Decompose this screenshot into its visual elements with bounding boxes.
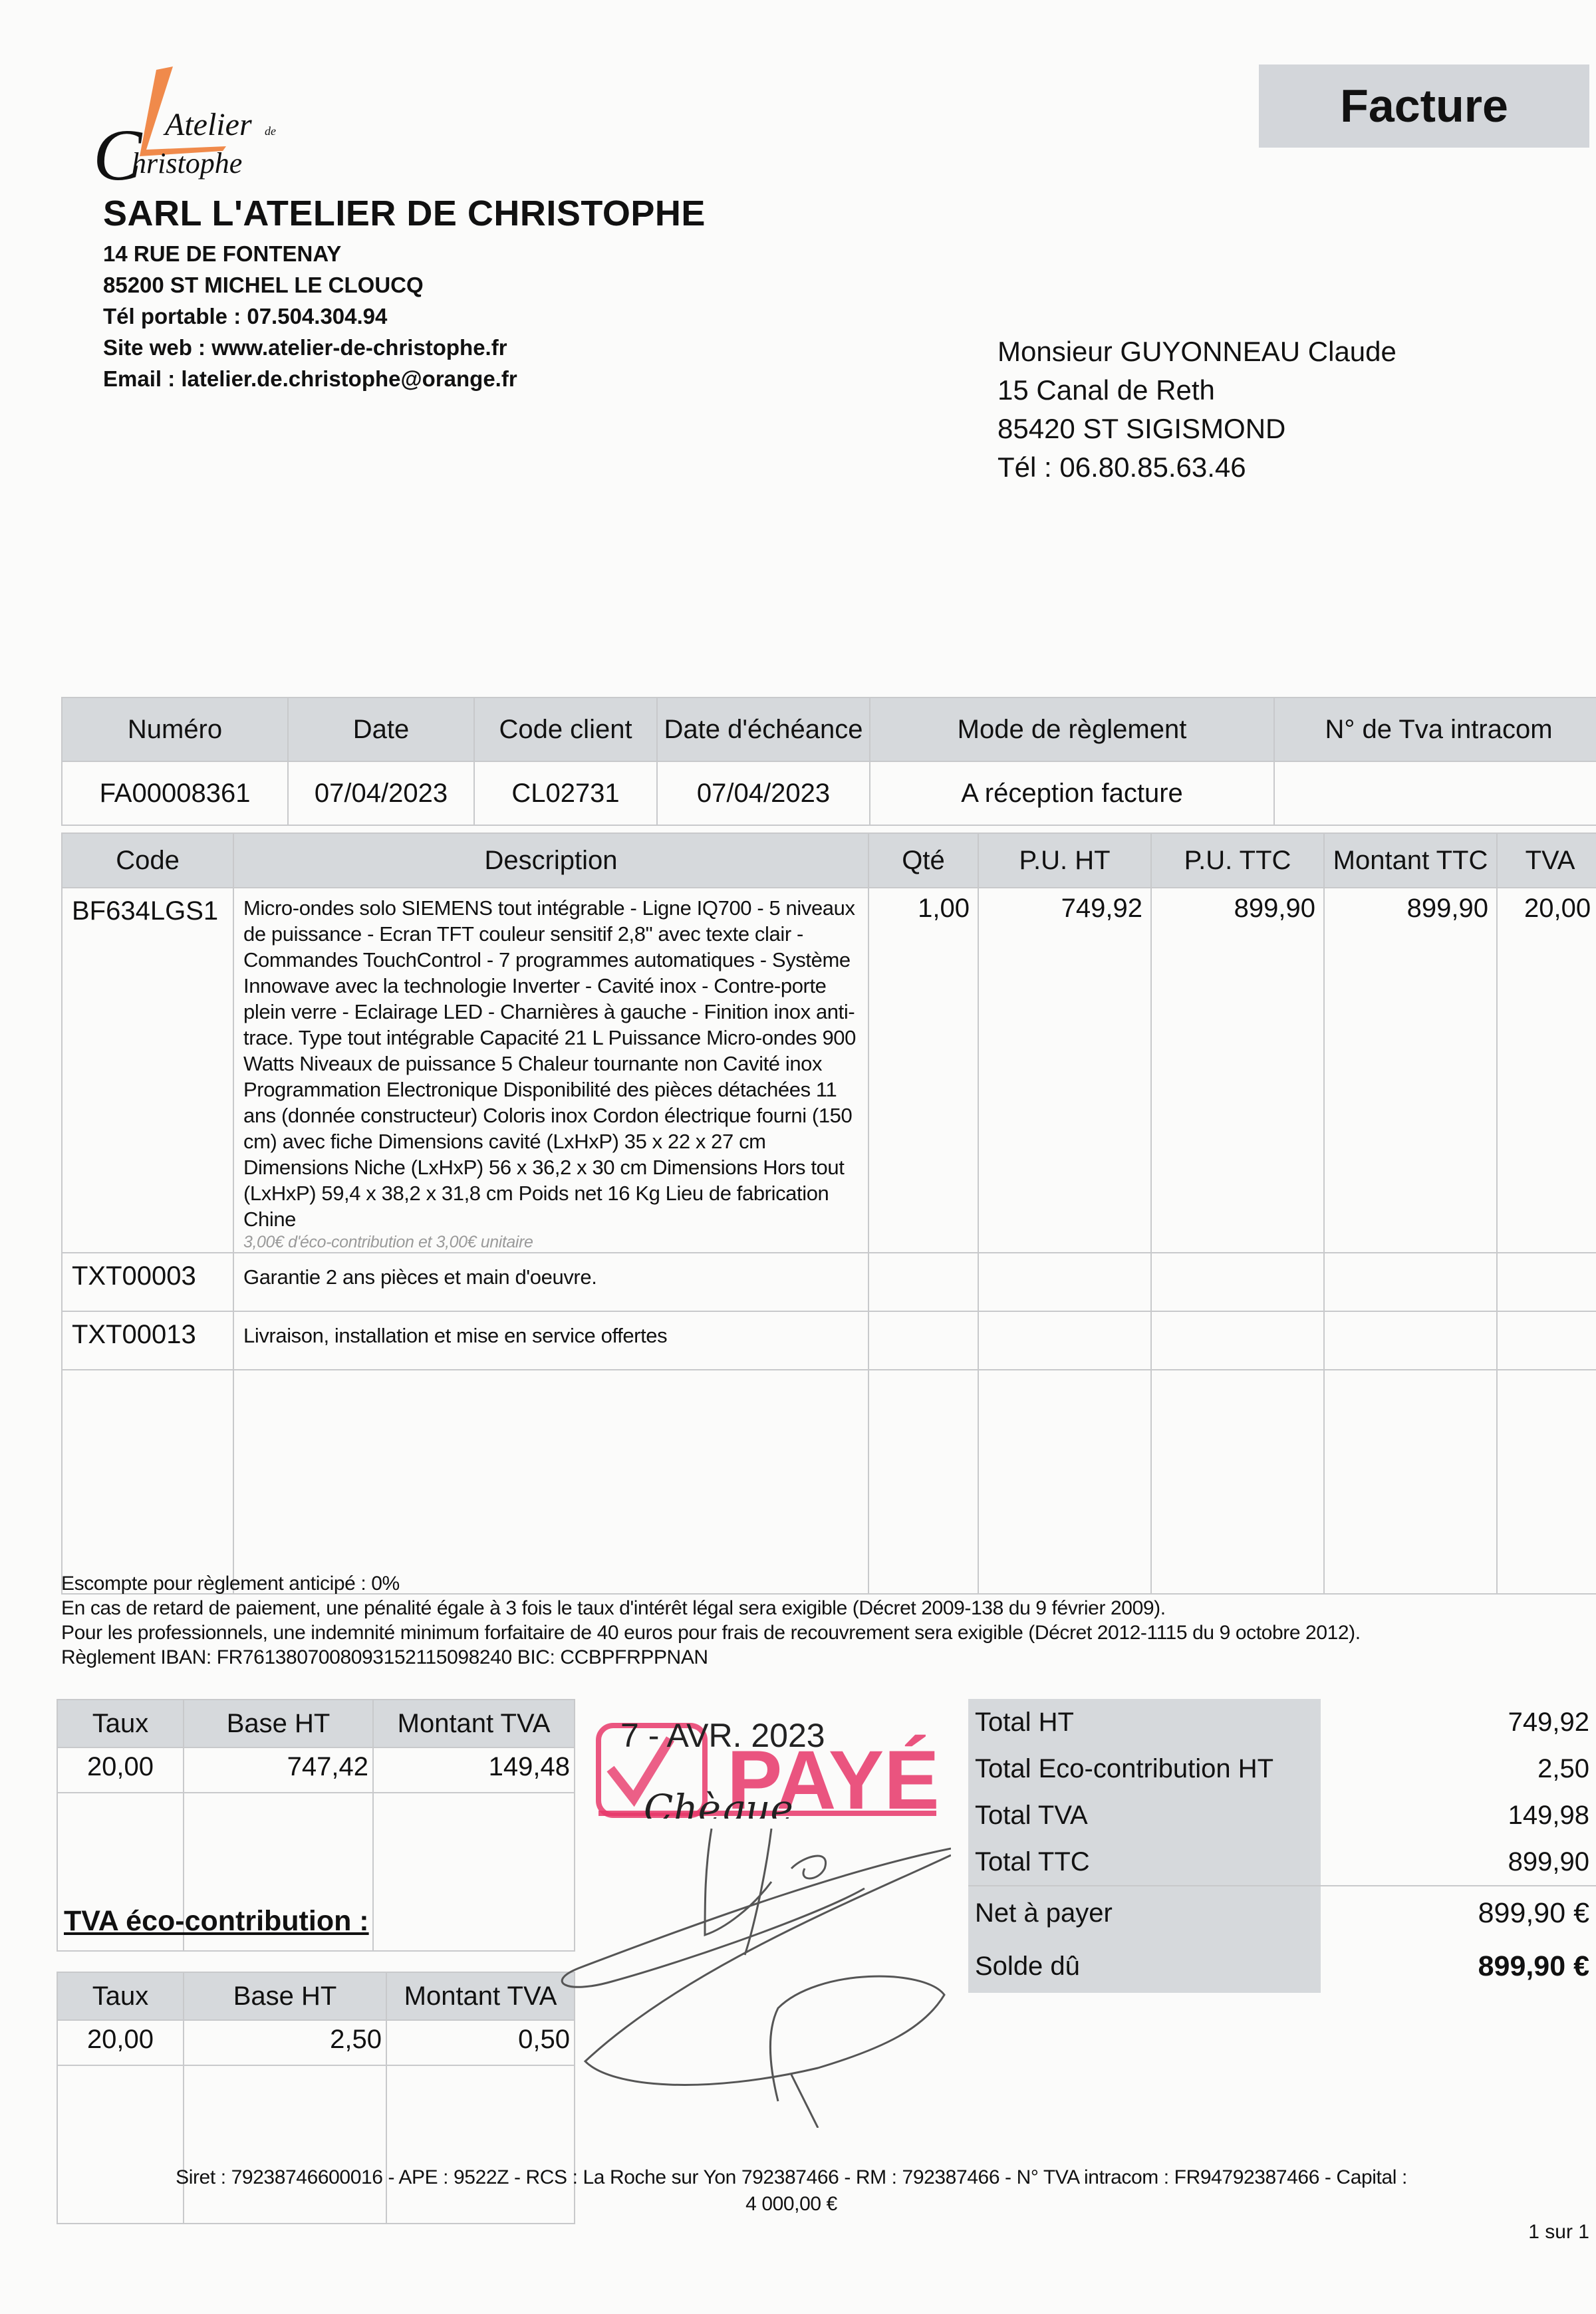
invoice-number: FA00008361 xyxy=(62,761,288,825)
footer-legal: Siret : 79238746600016 - APE : 9522Z - R… xyxy=(100,2164,1483,2218)
footer-capital: 4 000,00 € xyxy=(100,2191,1483,2218)
item-pu-ht: 749,92 xyxy=(978,888,1151,1253)
legal-indemnity: Pour les professionnels, une indemnité m… xyxy=(61,1620,1361,1645)
eco-montant: 0,50 xyxy=(386,2020,575,2065)
table-filler-row xyxy=(62,1370,1596,1594)
total-eco-value: 2,50 xyxy=(1321,1745,1596,1792)
total-ttc-value: 899,90 xyxy=(1321,1839,1596,1886)
tva-intracom-value xyxy=(1274,761,1596,825)
total-eco-label: Total Eco-contribution HT xyxy=(968,1745,1321,1792)
table-row: 20,00 747,42 149,48 xyxy=(57,1747,575,1793)
tva-montant: 149,48 xyxy=(373,1747,575,1793)
header-montant-ttc: Montant TTC xyxy=(1324,833,1497,888)
item-code: BF634LGS1 xyxy=(62,888,233,1253)
eco-header-taux: Taux xyxy=(57,1972,184,2020)
header-pu-ht: P.U. HT xyxy=(978,833,1151,888)
legal-escompte: Escompte pour règlement anticipé : 0% xyxy=(61,1571,1361,1596)
legal-notes: Escompte pour règlement anticipé : 0% En… xyxy=(61,1571,1361,1670)
header-qty: Qté xyxy=(868,833,978,888)
solde-du-value: 899,90 € xyxy=(1321,1940,1596,1993)
solde-du-label: Solde dû xyxy=(968,1940,1321,1993)
header-code: Code xyxy=(62,833,233,888)
item-eco-note: 3,00€ d'éco-contribution et 3,00€ unitai… xyxy=(243,1232,861,1252)
header-code-client: Code client xyxy=(474,698,657,761)
eco-tva-title: TVA éco-contribution : xyxy=(64,1905,369,1938)
tva-header-montant: Montant TVA xyxy=(373,1700,575,1747)
header-date-echeance: Date d'échéance xyxy=(657,698,870,761)
company-phone: Tél portable : 07.504.304.94 xyxy=(103,304,387,329)
total-row: Total TTC899,90 xyxy=(968,1839,1596,1886)
invoice-info-table: Numéro Date Code client Date d'échéance … xyxy=(61,697,1596,826)
header-description: Description xyxy=(233,833,868,888)
total-row: Total Eco-contribution HT2,50 xyxy=(968,1745,1596,1792)
item-qty: 1,00 xyxy=(868,888,978,1253)
header-tva: TVA xyxy=(1497,833,1596,888)
company-name: SARL L'ATELIER DE CHRISTOPHE xyxy=(103,193,706,234)
client-phone: Tél : 06.80.85.63.46 xyxy=(997,451,1246,483)
items-header-row: Code Description Qté P.U. HT P.U. TTC Mo… xyxy=(62,833,1596,888)
item-tva: 20,00 xyxy=(1497,888,1596,1253)
header-pu-ttc: P.U. TTC xyxy=(1151,833,1324,888)
legal-penalty: En cas de retard de paiement, une pénali… xyxy=(61,1596,1361,1620)
svg-text:7 - AVR. 2023: 7 - AVR. 2023 xyxy=(620,1717,825,1754)
total-row: Total HT749,92 xyxy=(968,1699,1596,1745)
company-address-line2: 85200 ST MICHEL LE CLOUCQ xyxy=(103,273,424,298)
total-ht-value: 749,92 xyxy=(1321,1699,1596,1745)
svg-text:': ' xyxy=(170,63,172,72)
total-row: Total TVA149,98 xyxy=(968,1792,1596,1839)
document-title: Facture xyxy=(1259,64,1589,148)
net-a-payer-value: 899,90 € xyxy=(1321,1886,1596,1940)
tva-header-base-ht: Base HT xyxy=(184,1700,373,1747)
client-address-line2: 85420 ST SIGISMOND xyxy=(997,413,1285,445)
client-address-line1: 15 Canal de Reth xyxy=(997,374,1215,406)
tva-base-ht: 747,42 xyxy=(184,1747,373,1793)
footer-company-ids: Siret : 79238746600016 - APE : 9522Z - R… xyxy=(100,2164,1483,2191)
client-name: Monsieur GUYONNEAU Claude xyxy=(997,336,1396,368)
svg-text:hristophe: hristophe xyxy=(132,147,242,180)
table-row: 20,00 2,50 0,50 xyxy=(57,2020,575,2065)
paid-stamp: PAYÉ 7 - AVR. 2023 Chèque xyxy=(591,1706,936,1819)
item-description-cell: Micro-ondes solo SIEMENS tout intégrable… xyxy=(233,888,868,1253)
item-code: TXT00013 xyxy=(62,1311,233,1370)
table-row: BF634LGS1 Micro-ondes solo SIEMENS tout … xyxy=(62,888,1596,1253)
header-tva-intracom: N° de Tva intracom xyxy=(1274,698,1596,761)
eco-header-montant: Montant TVA xyxy=(386,1972,575,2020)
invoice-date: 07/04/2023 xyxy=(288,761,474,825)
header-date: Date xyxy=(288,698,474,761)
tva-header-taux: Taux xyxy=(57,1700,184,1747)
header-numero: Numéro xyxy=(62,698,288,761)
totals-table: Total HT749,92 Total Eco-contribution HT… xyxy=(968,1699,1596,1993)
item-description: Livraison, installation et mise en servi… xyxy=(233,1311,868,1370)
info-header-row: Numéro Date Code client Date d'échéance … xyxy=(62,698,1596,761)
eco-header-base-ht: Base HT xyxy=(184,1972,386,2020)
due-date: 07/04/2023 xyxy=(657,761,870,825)
svg-text:Atelier: Atelier xyxy=(163,107,252,142)
net-a-payer-label: Net à payer xyxy=(968,1886,1321,1940)
total-row: Solde dû899,90 € xyxy=(968,1940,1596,1993)
item-code: TXT00003 xyxy=(62,1253,233,1311)
svg-text:de: de xyxy=(265,124,276,138)
header-mode-reglement: Mode de règlement xyxy=(870,698,1274,761)
eco-base-ht: 2,50 xyxy=(184,2020,386,2065)
item-description: Garantie 2 ans pièces et main d'oeuvre. xyxy=(233,1253,868,1311)
item-description: Micro-ondes solo SIEMENS tout intégrable… xyxy=(243,895,861,1232)
document-title-box: Facture xyxy=(1259,64,1589,148)
item-montant-ttc: 899,90 xyxy=(1324,888,1497,1253)
items-table: Code Description Qté P.U. HT P.U. TTC Mo… xyxy=(61,833,1596,1595)
total-tva-value: 149,98 xyxy=(1321,1792,1596,1839)
payment-mode: A réception facture xyxy=(870,761,1274,825)
eco-taux: 20,00 xyxy=(57,2020,184,2065)
total-tva-label: Total TVA xyxy=(968,1792,1321,1839)
company-logo: ' Atelier de C hristophe xyxy=(93,63,306,190)
info-value-row: FA00008361 07/04/2023 CL02731 07/04/2023… xyxy=(62,761,1596,825)
svg-text:Chèque: Chèque xyxy=(644,1786,793,1819)
total-ttc-label: Total TTC xyxy=(968,1839,1321,1886)
company-email[interactable]: Email : latelier.de.christophe@orange.fr xyxy=(103,366,517,392)
table-row: TXT00003 Garantie 2 ans pièces et main d… xyxy=(62,1253,1596,1311)
table-row: TXT00013 Livraison, installation et mise… xyxy=(62,1311,1596,1370)
company-address-line1: 14 RUE DE FONTENAY xyxy=(103,241,341,267)
client-code: CL02731 xyxy=(474,761,657,825)
company-website[interactable]: Site web : www.atelier-de-christophe.fr xyxy=(103,335,507,360)
total-ht-label: Total HT xyxy=(968,1699,1321,1745)
tva-taux: 20,00 xyxy=(57,1747,184,1793)
total-row: Net à payer899,90 € xyxy=(968,1886,1596,1940)
item-pu-ttc: 899,90 xyxy=(1151,888,1324,1253)
legal-iban: Règlement IBAN: FR7613807008093152115098… xyxy=(61,1645,1361,1670)
page-indicator: 1 sur 1 xyxy=(1528,2221,1589,2244)
